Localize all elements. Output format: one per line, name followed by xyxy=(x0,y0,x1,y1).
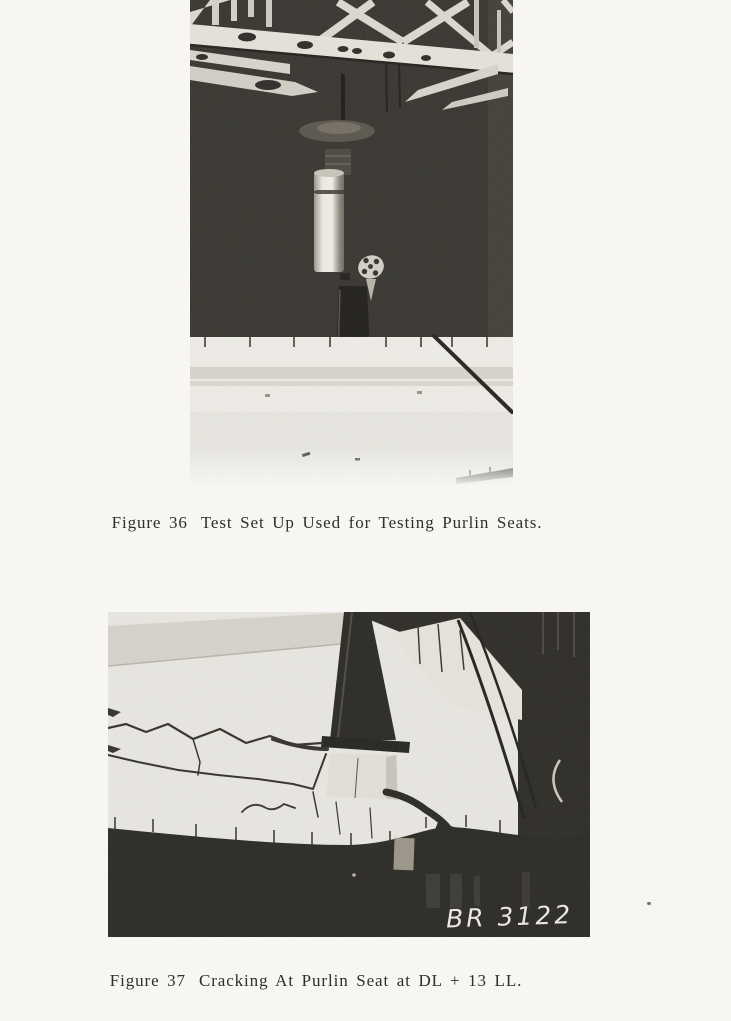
test-setup-photograph xyxy=(190,0,513,487)
figure-37-caption-label: Figure 37 xyxy=(110,971,186,990)
figure-36-caption-text: Test Set Up Used for Testing Purlin Seat… xyxy=(201,513,543,532)
scan-speck xyxy=(647,902,651,905)
photo-grain-texture xyxy=(108,612,590,937)
purlin-seat-cracking-photograph: BR 3122 xyxy=(108,612,590,937)
report-page: Figure 36Test Set Up Used for Testing Pu… xyxy=(0,0,731,1021)
figure-36-caption: Figure 36Test Set Up Used for Testing Pu… xyxy=(112,513,543,533)
photo-bottom-fade xyxy=(190,448,513,487)
figure-37-caption: Figure 37Cracking At Purlin Seat at DL +… xyxy=(110,971,523,991)
figure-37-caption-text: Cracking At Purlin Seat at DL + 13 LL. xyxy=(199,971,522,990)
figure-36-photo xyxy=(190,0,513,487)
figure-37-photo: BR 3122 xyxy=(108,612,590,937)
photo-grain-texture xyxy=(190,0,513,487)
figure-36-caption-label: Figure 36 xyxy=(112,513,188,532)
